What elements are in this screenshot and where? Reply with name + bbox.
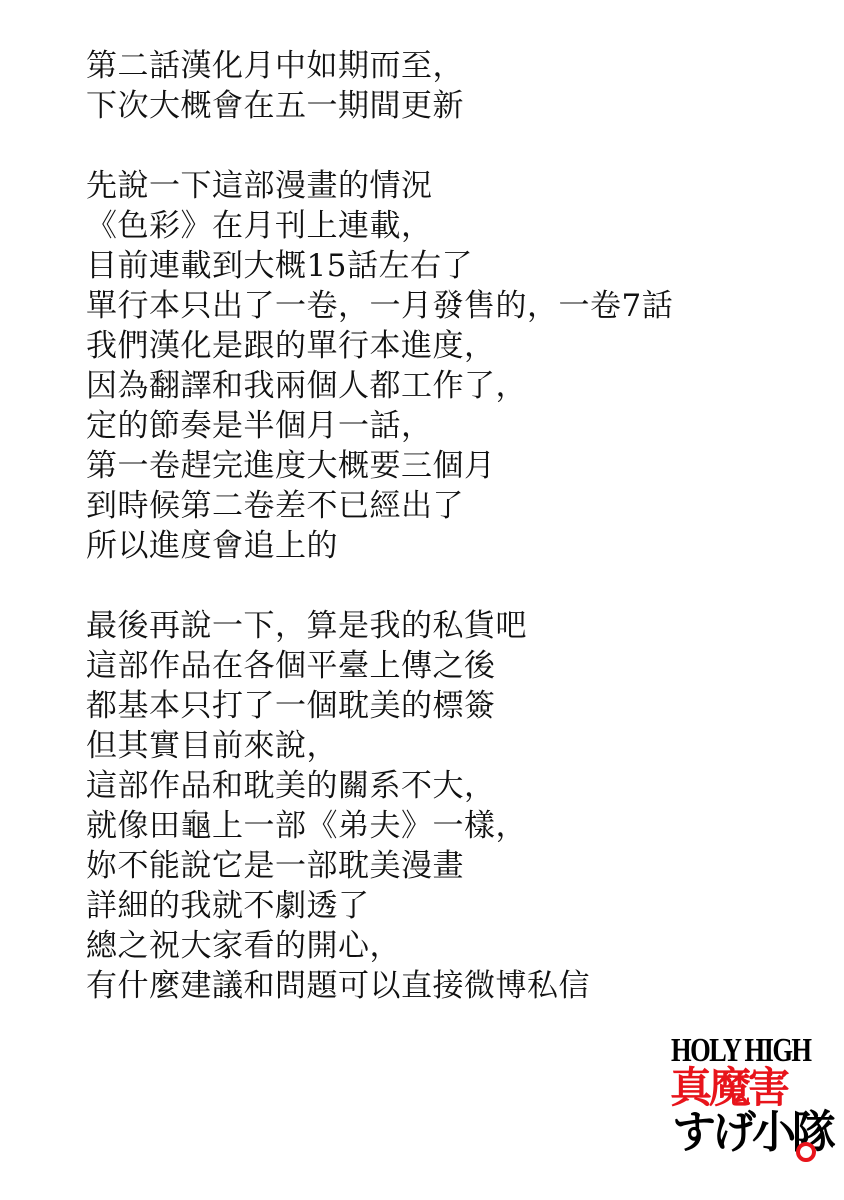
text-line: 第二話漢化月中如期而至， <box>86 46 806 86</box>
text-line: 但其實目前來說， <box>86 726 806 766</box>
text-line: 詳細的我就不劇透了 <box>86 886 806 926</box>
text-line: 先說一下這部漫畫的情況 <box>86 166 806 206</box>
text-line: 我們漢化是跟的單行本進度， <box>86 326 806 366</box>
paragraph-manga-status: 先說一下這部漫畫的情況 《色彩》在月刊上連載， 目前連載到大概15話左右了 單行… <box>86 166 806 566</box>
text-line: 妳不能說它是一部耽美漫畫 <box>86 846 806 886</box>
text-line: 總之祝大家看的開心， <box>86 926 806 966</box>
logo-red-title: 真魔害 <box>670 1066 787 1110</box>
text-line: 這部作品和耽美的關系不大， <box>86 766 806 806</box>
logo-period-circle-icon <box>796 1142 816 1162</box>
text-line: 因為翻譯和我兩個人都工作了， <box>86 366 806 406</box>
text-line: 最後再說一下，算是我的私貨吧 <box>86 606 806 646</box>
text-line: 第一卷趕完進度大概要三個月 <box>86 446 806 486</box>
translator-note: 第二話漢化月中如期而至， 下次大概會在五一期間更新 先說一下這部漫畫的情況 《色… <box>86 46 806 1046</box>
text-line: 都基本只打了一個耽美的標簽 <box>86 686 806 726</box>
paragraph-closing-remarks: 最後再說一下，算是我的私貨吧 這部作品在各個平臺上傳之後 都基本只打了一個耽美的… <box>86 606 806 1006</box>
text-line: 《色彩》在月刊上連載， <box>86 206 806 246</box>
text-line: 單行本只出了一卷，一月發售的，一卷7話 <box>86 286 806 326</box>
text-line: 定的節奏是半個月一話， <box>86 406 806 446</box>
text-line: 有什麼建議和問題可以直接微博私信 <box>86 966 806 1006</box>
paragraph-release-schedule: 第二話漢化月中如期而至， 下次大概會在五一期間更新 <box>86 46 806 126</box>
text-line: 下次大概會在五一期間更新 <box>86 86 806 126</box>
group-logo: HOLY HIGH 真魔害 すげ小隊 <box>668 1030 818 1170</box>
text-line: 就像田龜上一部《弟夫》一樣， <box>86 806 806 846</box>
text-line: 到時候第二卷差不已經出了 <box>86 486 806 526</box>
text-line: 目前連載到大概15話左右了 <box>86 246 806 286</box>
text-line: 所以進度會追上的 <box>86 526 806 566</box>
text-line: 這部作品在各個平臺上傳之後 <box>86 646 806 686</box>
